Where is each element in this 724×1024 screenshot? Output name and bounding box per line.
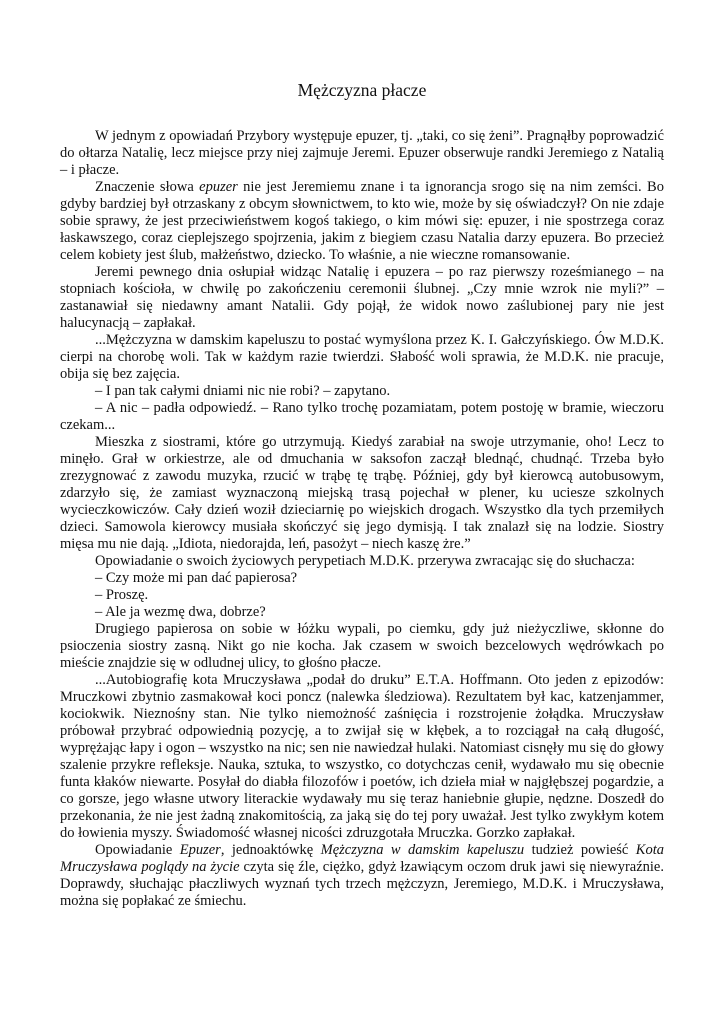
- page-title: Mężczyzna płacze: [60, 80, 664, 100]
- text-segment: W jednym z opowiadań Przybory występuje …: [60, 128, 664, 178]
- italic-text-segment: epuzer: [199, 179, 238, 195]
- text-segment: Drugiego papierosa on sobie w łóżku wypa…: [60, 621, 664, 671]
- text-segment: Znaczenie słowa: [95, 179, 199, 195]
- text-segment: – I pan tak całymi dniami nic nie robi? …: [95, 383, 390, 399]
- text-segment: – Czy może mi pan dać papierosa?: [95, 570, 297, 586]
- paragraph: Opowiadanie Epuzer, jednoaktówkę Mężczyz…: [60, 842, 664, 910]
- text-segment: – Ale ja wezmę dwa, dobrze?: [95, 604, 266, 620]
- paragraph: W jednym z opowiadań Przybory występuje …: [60, 128, 664, 179]
- paragraph: Drugiego papierosa on sobie w łóżku wypa…: [60, 621, 664, 672]
- paragraph: – A nic – padła odpowiedź. – Rano tylko …: [60, 400, 664, 434]
- text-segment: Opowiadanie: [95, 842, 180, 858]
- text-segment: Jeremi pewnego dnia osłupiał widząc Nata…: [60, 264, 664, 331]
- paragraph: Jeremi pewnego dnia osłupiał widząc Nata…: [60, 264, 664, 332]
- paragraph: – Ale ja wezmę dwa, dobrze?: [60, 604, 664, 621]
- paragraph: – I pan tak całymi dniami nic nie robi? …: [60, 383, 664, 400]
- paragraph: ...Autobiografię kota Mruczysława „podał…: [60, 672, 664, 842]
- text-segment: tudzież powieść: [524, 842, 636, 858]
- paragraph: – Czy może mi pan dać papierosa?: [60, 570, 664, 587]
- document-body: W jednym z opowiadań Przybory występuje …: [60, 128, 664, 910]
- text-segment: , jednoaktówkę: [221, 842, 321, 858]
- italic-text-segment: Epuzer: [180, 842, 221, 858]
- text-segment: – Proszę.: [95, 587, 148, 603]
- paragraph: Mieszka z siostrami, które go utrzymują.…: [60, 434, 664, 553]
- text-segment: ...Mężczyzna w damskim kapeluszu to post…: [60, 332, 664, 382]
- document-page: Mężczyzna płacze W jednym z opowiadań Pr…: [0, 0, 724, 1024]
- paragraph: – Proszę.: [60, 587, 664, 604]
- paragraph: ...Mężczyzna w damskim kapeluszu to post…: [60, 332, 664, 383]
- italic-text-segment: Mężczyzna w damskim kapeluszu: [321, 842, 525, 858]
- text-segment: Opowiadanie o swoich życiowych perypetia…: [95, 553, 635, 569]
- text-segment: ...Autobiografię kota Mruczysława „podał…: [60, 672, 664, 841]
- text-segment: – A nic – padła odpowiedź. – Rano tylko …: [60, 400, 664, 433]
- paragraph: Opowiadanie o swoich życiowych perypetia…: [60, 553, 664, 570]
- paragraph: Znaczenie słowa epuzer nie jest Jeremiem…: [60, 179, 664, 264]
- text-segment: Mieszka z siostrami, które go utrzymują.…: [60, 434, 664, 552]
